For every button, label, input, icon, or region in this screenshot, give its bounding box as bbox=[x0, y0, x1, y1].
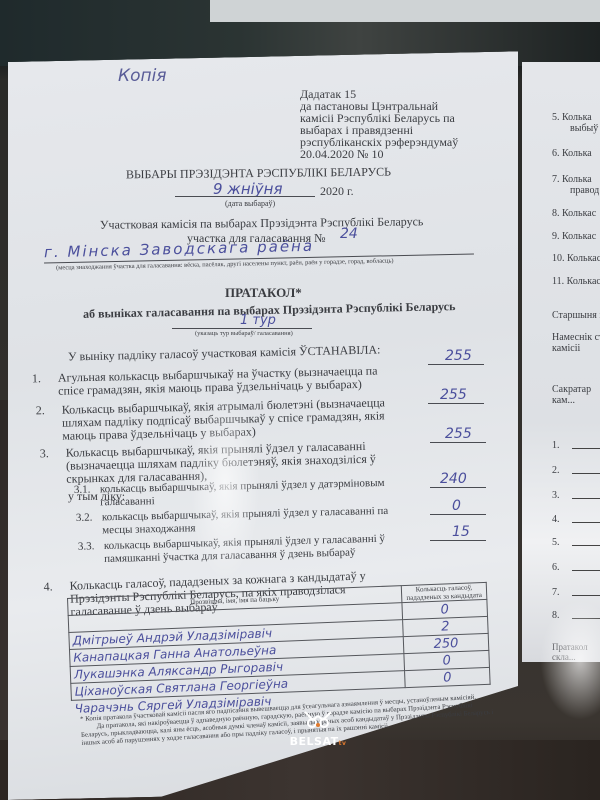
member-5-line bbox=[572, 545, 600, 546]
item-number: 3. bbox=[40, 447, 49, 460]
item-2-line bbox=[428, 403, 484, 404]
member-7-line bbox=[572, 595, 600, 596]
item-3-3-line bbox=[430, 540, 486, 541]
round-handwritten: 1 тур bbox=[240, 313, 276, 328]
item-number: 3.3. bbox=[78, 540, 95, 553]
chairman-label: Старшыня к... bbox=[552, 310, 600, 321]
right-item-6: 6. Колька bbox=[552, 148, 592, 159]
member-1-num: 1. bbox=[552, 440, 560, 451]
right-item-7: 7. Колькаправод bbox=[552, 174, 599, 196]
item-3-value: 255 bbox=[445, 426, 472, 442]
item-3-1-line bbox=[430, 487, 486, 488]
member-7-num: 7. bbox=[552, 587, 560, 598]
member-3-line bbox=[572, 498, 600, 499]
glare bbox=[190, 390, 260, 580]
member-6-line bbox=[572, 570, 600, 571]
item-number: 3.1. bbox=[74, 484, 91, 497]
secretary-label: Сакратар кам... bbox=[552, 384, 600, 406]
item-3-3-value: 15 bbox=[452, 524, 470, 540]
protocol-title: ПРАТАКОЛ* bbox=[225, 285, 302, 301]
appendix-line: 20.04.2020 № 10 bbox=[300, 148, 458, 160]
member-5-num: 5. bbox=[552, 537, 560, 548]
item-number: 2. bbox=[36, 404, 45, 417]
round-caption: (указаць тур выбараў/ галасавання) bbox=[195, 330, 293, 337]
member-4-line bbox=[572, 522, 600, 523]
precinct-number: 24 bbox=[340, 226, 358, 242]
glare bbox=[540, 600, 600, 720]
member-2-num: 2. bbox=[552, 465, 560, 476]
date-caption: (дата выбараў) bbox=[225, 199, 275, 208]
item-1-line bbox=[428, 364, 484, 365]
deputy-label: Намеснік ст... камісіі bbox=[552, 332, 600, 354]
item-3-2-value: 0 bbox=[452, 498, 461, 514]
item-1-value: 255 bbox=[445, 348, 472, 364]
item-2-value: 255 bbox=[440, 387, 467, 403]
appendix-header: Дадатак 15 да пастановы Цэнтральнай камі… bbox=[300, 88, 458, 160]
item-number: 3.2. bbox=[76, 512, 93, 525]
belsat-watermark: BELSATtv bbox=[288, 710, 348, 748]
item-number: 1. bbox=[32, 372, 41, 385]
member-1-line bbox=[572, 448, 600, 449]
round-underline bbox=[172, 328, 312, 329]
date-underline bbox=[175, 196, 315, 197]
copy-mark: Копія bbox=[118, 66, 167, 86]
member-6-num: 6. bbox=[552, 562, 560, 573]
belsat-brand: BELSATtv bbox=[288, 735, 348, 748]
owl-logo-icon bbox=[303, 710, 333, 730]
right-item-8: 8. Колькас bbox=[552, 208, 596, 219]
member-3-num: 3. bbox=[552, 490, 560, 501]
item-3-2-line bbox=[430, 514, 486, 515]
election-year: 2020 г. bbox=[320, 184, 354, 199]
right-item-11: 11. Колькас bbox=[552, 276, 600, 287]
right-item-9: 9. Колькас bbox=[552, 231, 596, 242]
item-number: 4. bbox=[43, 580, 52, 593]
brand-text: BELSAT bbox=[290, 735, 339, 748]
right-item-5: 5. Колькавыбыў bbox=[552, 112, 598, 134]
item-3-line bbox=[430, 442, 486, 443]
item-3-1-value: 240 bbox=[440, 471, 467, 487]
right-page: 5. Колькавыбыў 6. Колька 7. Колькаправод… bbox=[522, 62, 600, 662]
member-2-line bbox=[572, 473, 600, 474]
brand-suffix: tv bbox=[339, 740, 347, 747]
background-paper-strip bbox=[210, 0, 600, 22]
right-item-10: 10. Колькас bbox=[552, 253, 600, 264]
member-4-num: 4. bbox=[552, 514, 560, 525]
